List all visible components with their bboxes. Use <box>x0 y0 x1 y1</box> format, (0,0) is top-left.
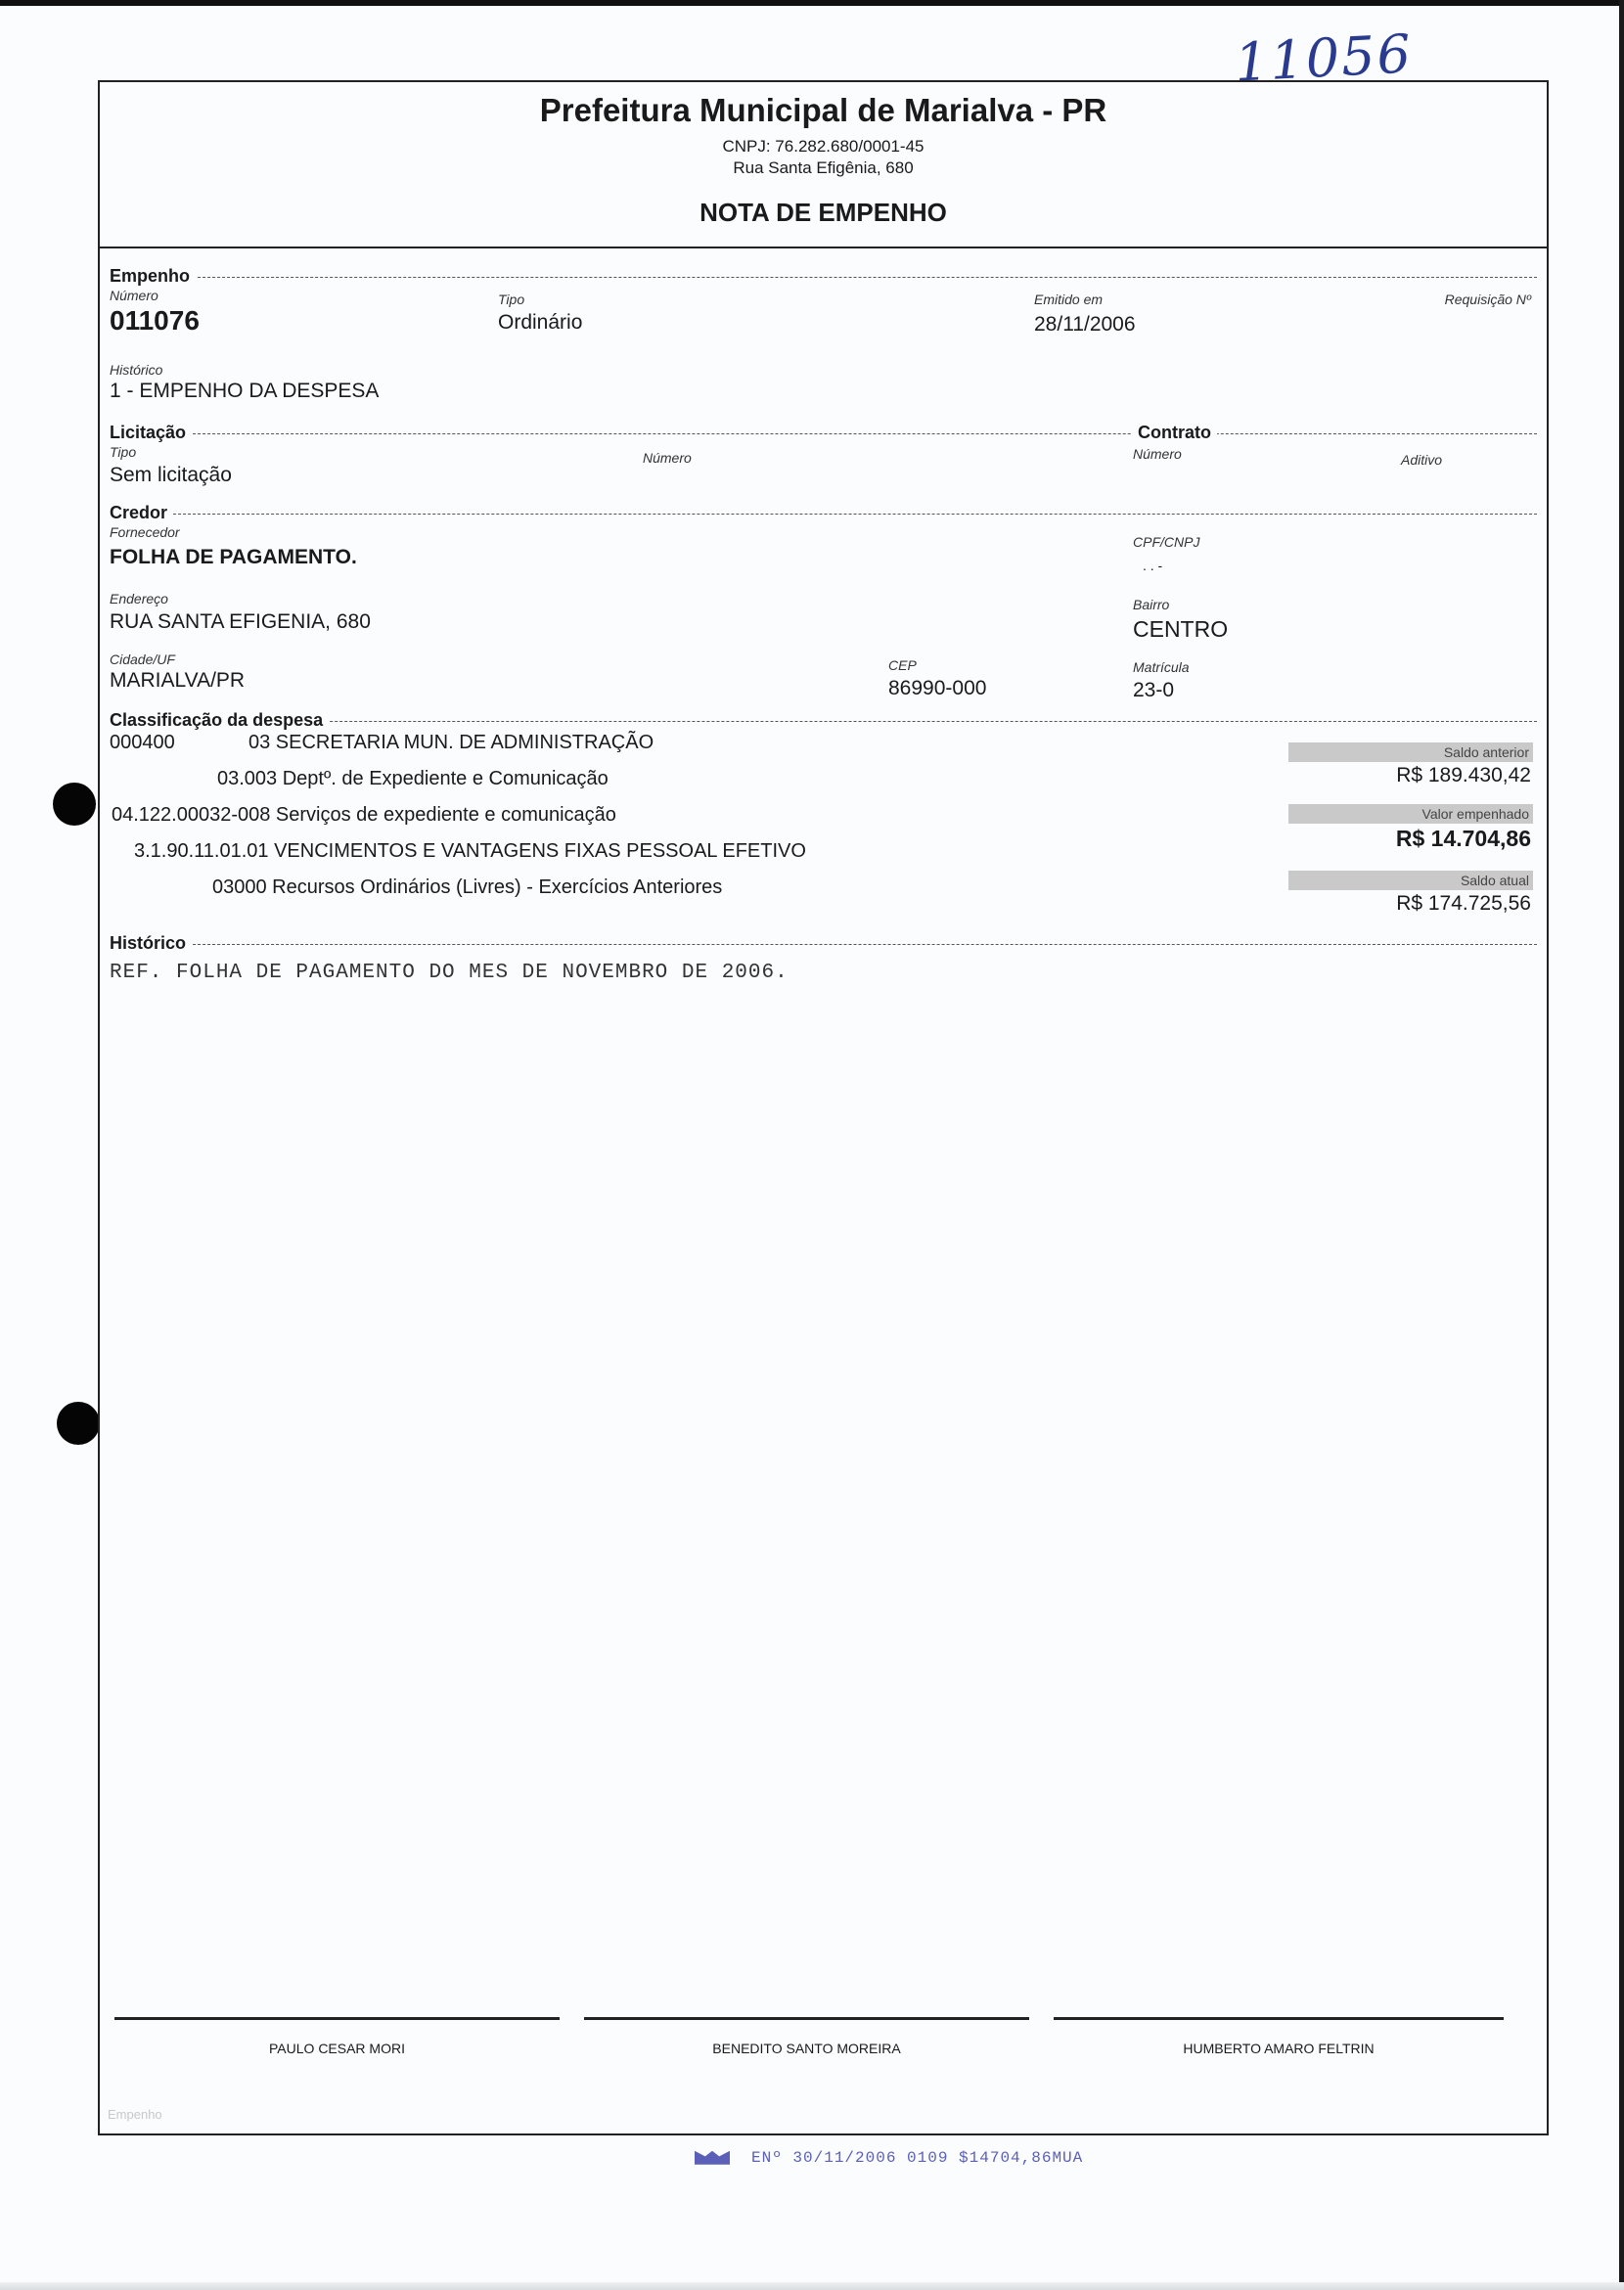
historico-label: Histórico <box>110 362 162 378</box>
cidade-label: Cidade/UF <box>110 651 175 667</box>
saldo-anterior-value: R$ 189.430,42 <box>1396 764 1531 787</box>
section-empenho: Empenho <box>110 266 1537 286</box>
numero-label: Número <box>110 288 158 303</box>
emitido-date: 28/11/2006 <box>1034 313 1136 337</box>
section-divider <box>110 514 1537 515</box>
section-title: Licitação <box>110 423 192 443</box>
emitido-label: Emitido em <box>1034 292 1103 307</box>
empenho-numero: 011076 <box>110 305 200 337</box>
bank-logo-icon <box>695 2151 730 2165</box>
credor-bairro: CENTRO <box>1133 616 1228 643</box>
cep-label: CEP <box>888 657 917 673</box>
tipo-label: Tipo <box>498 292 524 307</box>
classificacao-line: 03000 Recursos Ordinários (Livres) - Exe… <box>212 876 722 899</box>
licitacao-tipo-label: Tipo <box>110 444 136 460</box>
scan-edge-top <box>0 0 1624 6</box>
signature-name: HUMBERTO AMARO FELTRIN <box>1054 2041 1504 2056</box>
saldo-anterior-label: Saldo anterior <box>1288 742 1533 762</box>
punch-hole-icon <box>53 783 96 826</box>
section-historico: Histórico <box>110 933 1537 953</box>
licitacao-tipo: Sem licitação <box>110 464 232 487</box>
document-type: NOTA DE EMPENHO <box>100 198 1547 228</box>
credor-endereco: RUA SANTA EFIGENIA, 680 <box>110 610 371 634</box>
credor-cep: 86990-000 <box>888 677 986 700</box>
bank-authentication-stamp: ENº 30/11/2006 0109 $14704,86MUA <box>695 2149 1083 2167</box>
header-address: Rua Santa Efigênia, 680 <box>100 158 1547 178</box>
historico-text: REF. FOLHA DE PAGAMENTO DO MES DE NOVEMB… <box>110 962 789 984</box>
section-classificacao: Classificação da despesa <box>110 710 1537 730</box>
section-divider <box>110 433 1537 434</box>
faded-footer-label: Empenho <box>108 2107 162 2122</box>
section-title-contrato: Contrato <box>1132 423 1217 443</box>
header-cnpj: CNPJ: 76.282.680/0001-45 <box>100 137 1547 157</box>
credor-cpf-cnpj: . . - <box>1143 558 1162 573</box>
requisicao-label: Requisição Nº <box>1445 292 1531 307</box>
scan-edge-right <box>1619 0 1624 2290</box>
signature-name: BENEDITO SANTO MOREIRA <box>584 2041 1029 2056</box>
header-divider <box>100 247 1547 248</box>
empenho-tipo: Ordinário <box>498 311 582 335</box>
signature-line <box>1054 2017 1504 2020</box>
credor-cidade: MARIALVA/PR <box>110 669 245 693</box>
section-title: Empenho <box>110 266 196 287</box>
page-title: Prefeitura Municipal de Marialva - PR <box>100 92 1547 129</box>
credor-matricula: 23-0 <box>1133 679 1174 702</box>
cpf-cnpj-label: CPF/CNPJ <box>1133 534 1199 550</box>
classificacao-line: 03.003 Deptº. de Expediente e Comunicaçã… <box>217 768 609 790</box>
endereco-label: Endereço <box>110 591 168 606</box>
saldo-atual-value: R$ 174.725,56 <box>1396 892 1531 916</box>
classificacao-orgao-code: 000400 <box>110 732 175 754</box>
classificacao-line: 04.122.00032-008 Serviços de expediente … <box>112 804 616 827</box>
punch-hole-icon <box>57 1402 100 1445</box>
fornecedor-label: Fornecedor <box>110 524 180 540</box>
section-title: Credor <box>110 503 173 523</box>
classificacao-line: 3.1.90.11.01.01 VENCIMENTOS E VANTAGENS … <box>134 840 806 863</box>
section-divider <box>110 277 1537 278</box>
document-frame: Prefeitura Municipal de Marialva - PR CN… <box>98 80 1549 2135</box>
signature-line <box>584 2017 1029 2020</box>
licitacao-numero-label: Número <box>643 450 692 466</box>
section-title: Histórico <box>110 933 192 954</box>
saldo-atual-label: Saldo atual <box>1288 871 1533 890</box>
scan-edge-bottom <box>0 2282 1624 2290</box>
contrato-aditivo-label: Aditivo <box>1401 452 1442 468</box>
classificacao-line: 03 SECRETARIA MUN. DE ADMINISTRAÇÃO <box>248 732 654 754</box>
bairro-label: Bairro <box>1133 597 1169 612</box>
contrato-numero-label: Número <box>1133 446 1182 462</box>
empenho-historico: 1 - EMPENHO DA DESPESA <box>110 380 379 403</box>
matricula-label: Matrícula <box>1133 659 1190 675</box>
section-credor: Credor <box>110 503 1537 522</box>
signature-line <box>114 2017 560 2020</box>
section-licitacao: Licitação Contrato <box>110 423 1537 442</box>
section-divider <box>110 944 1537 945</box>
valor-empenhado-value: R$ 14.704,86 <box>1396 826 1531 852</box>
stamp-text: ENº 30/11/2006 0109 $14704,86MUA <box>751 2149 1083 2167</box>
section-title: Classificação da despesa <box>110 710 329 731</box>
credor-fornecedor: FOLHA DE PAGAMENTO. <box>110 546 357 569</box>
valor-empenhado-label: Valor empenhado <box>1288 804 1533 824</box>
signature-name: PAULO CESAR MORI <box>114 2041 560 2056</box>
